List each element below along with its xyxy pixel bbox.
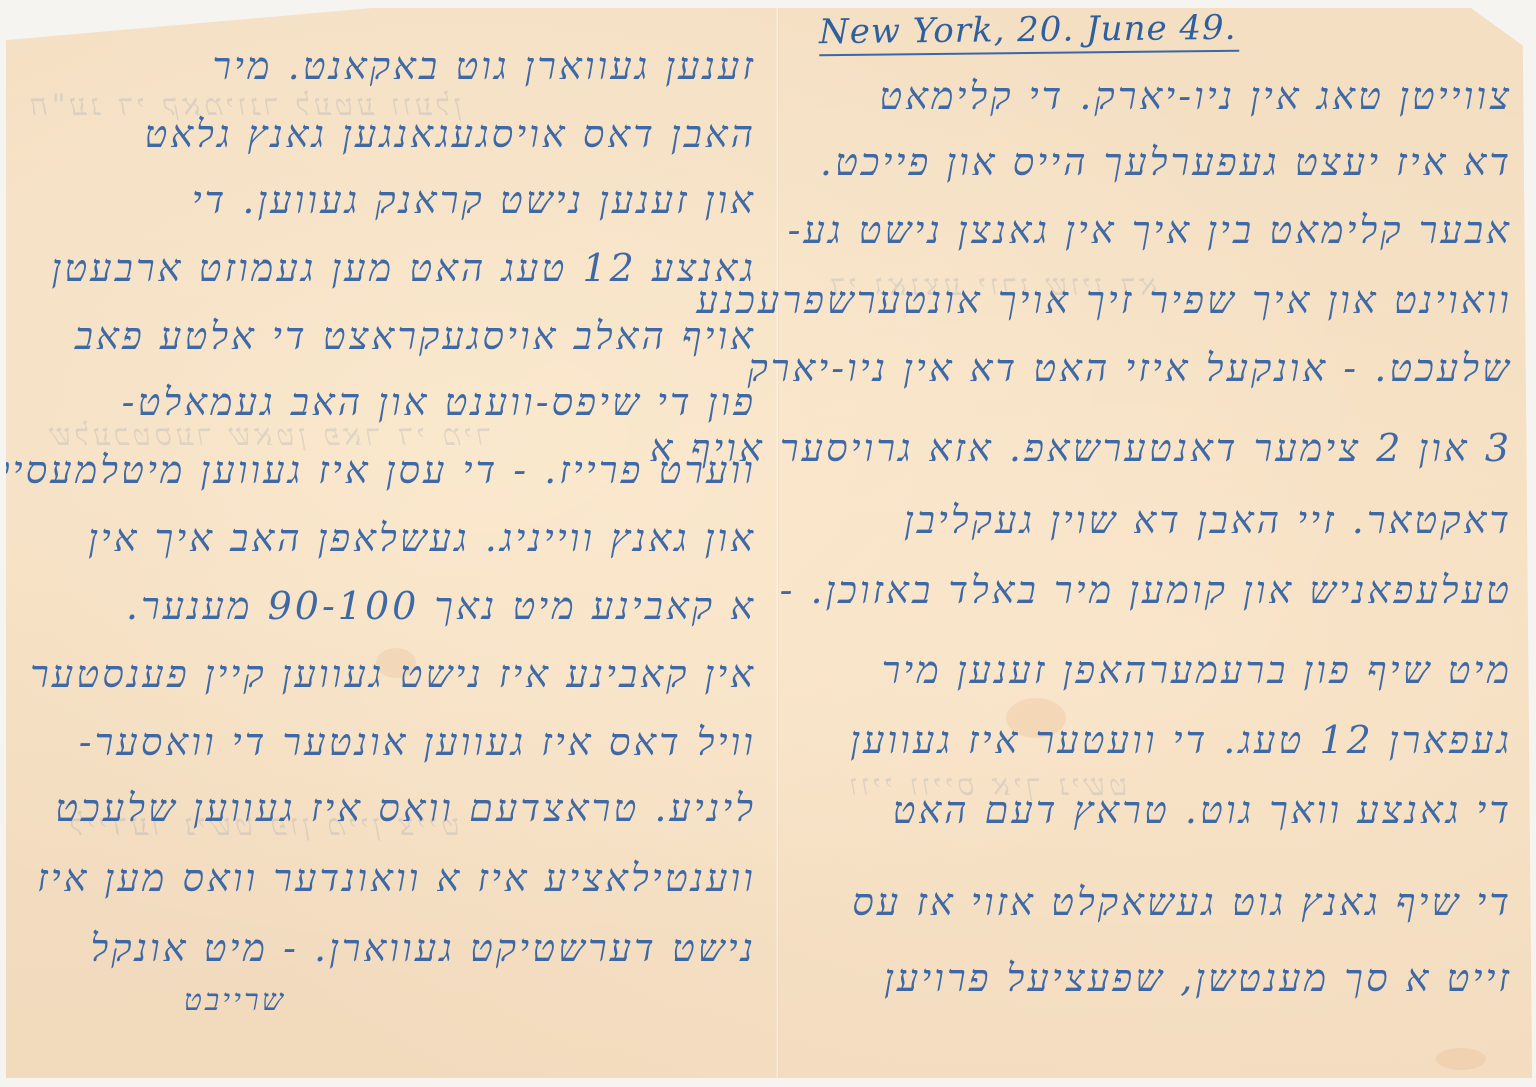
letter-line: שרייבט: [184, 983, 286, 1018]
letter-line: א קאבינע מיט נאך 90-100 מענער.: [126, 584, 756, 629]
date-header: New York, 20. June 49.: [819, 8, 1239, 56]
letter-line: שלעכט. - אונקעל איזי האט דא אין ניו-יארק: [747, 346, 1512, 391]
letter-line: ווערט פרייז. - די עסן איז געווען מיטלמעס…: [0, 448, 756, 493]
letter-line: 3 און 2 צימער דאנטערשאפ. אזא גרויסער אוי…: [650, 426, 1512, 471]
letter-line: האבן דאס אויסגעגאנגען גאנץ גלאט: [144, 112, 756, 157]
letter-line: דא איז יעצט געפערלעך הייס און פייכט.: [820, 140, 1512, 185]
letter-line: וויל דאס איז געווען אונטער די וואסער-: [79, 720, 756, 765]
letter-line: ליניע. טראצדעם וואס איז געווען שלעכט: [55, 786, 756, 831]
letter-line: גאנצע 12 טעג האט מען געמוזט ארבעטן: [52, 246, 756, 291]
letter-line: אויף האלב אויסגעקראצט די אלטע פאב: [75, 314, 756, 359]
letter-line: מיט שיף פון ברעמערהאפן זענען מיר: [882, 648, 1512, 693]
letter-line: אבער קלימאט בין איך אין גאנצן נישט גע-: [788, 208, 1512, 253]
letter-line: די גאנצע וואך גוט. טראץ דעם האט: [893, 788, 1512, 833]
left-page: זענען געווארן גוט באקאנט. מיר האבן דאס א…: [6, 8, 776, 1078]
letter-line: און זענען נישט קראנק געווען. די: [192, 178, 756, 223]
letter-line: זענען געווארן גוט באקאנט. מיר: [212, 44, 756, 89]
letter-line: זייט א סך מענטשן, שפעציעל פרויען: [884, 956, 1512, 1001]
letter-sheet: ח"ענ די קאמיונר לעטע וועלן שלעכטסער שאטן…: [6, 8, 1532, 1078]
letter-line: צווייטן טאג אין ניו-יארק. די קלימאט: [879, 74, 1512, 119]
letter-line: די שיף גאנץ גוט געשאקלט אזוי אז עס: [852, 880, 1512, 925]
letter-line: פון די שיפס-ווענט און האב געמאלט-: [122, 380, 756, 425]
right-page: New York, 20. June 49. צווייטן טאג אין נ…: [779, 8, 1532, 1078]
letter-line: נישט דערשטיקט געווארן. - מיט אונקל: [91, 926, 756, 971]
letter-line: און גאנץ ווייניג. געשלאפן האב איך אין: [88, 516, 756, 561]
letter-line: אין קאבינע איז נישט געווען קיין פענסטער: [30, 652, 756, 697]
letter-line: ווענטילאציע איז א וואונדער וואס מען איז: [37, 856, 756, 901]
letter-line: טעלעפאניש און קומען מיר באלד באזוכן. -: [780, 568, 1512, 613]
letter-line: געפארן 12 טעג. די וועטער איז געווען: [850, 718, 1512, 763]
letter-line: וואוינט און איך שפיר זיך אויך אונטערשפרע…: [696, 278, 1512, 323]
letter-line: דאקטאר. זיי האבן דא שוין געקליבן: [904, 498, 1512, 543]
